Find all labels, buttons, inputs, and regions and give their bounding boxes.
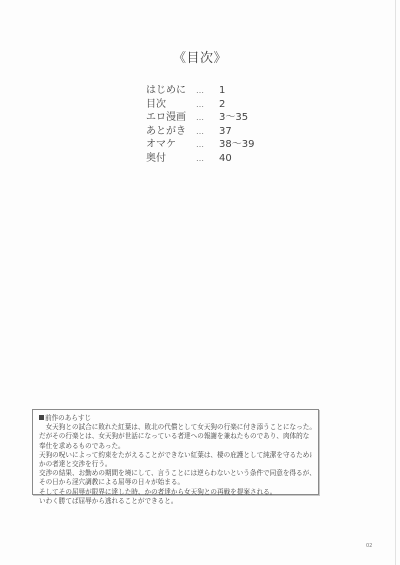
- toc-entry-page: 2: [219, 98, 225, 112]
- toc-entry: あとがき … 37: [146, 125, 254, 139]
- toc-entry-page: 1: [219, 84, 225, 98]
- toc-entry-label: 奥付: [146, 152, 196, 166]
- synopsis-box: 前作のあらすじ 女天狗との試合に敗れた紅葉は、敗北の代償として女天狗の行楽に付き…: [32, 409, 319, 495]
- toc-entry-leader: …: [196, 125, 219, 139]
- toc-entry-leader: …: [196, 138, 219, 152]
- page-number: 02: [366, 543, 372, 549]
- synopsis-line: いわく勝てば屈辱から逃れることができると。: [39, 497, 312, 506]
- toc-entry-leader: …: [196, 111, 219, 125]
- synopsis-line: そしてその屈辱が限界に達した時、かの者達から女天狗との再戦を提案される。: [39, 488, 312, 497]
- toc-entry-label: オマケ: [146, 138, 196, 152]
- toc-title: 《目次》: [0, 47, 400, 66]
- synopsis-line: 天狗の呪いによって約束をたがえることができない紅葉は、棲の庇護として純潔を守るた…: [39, 451, 312, 460]
- toc-entry: 奥付 … 40: [146, 152, 254, 166]
- toc-entry-leader: …: [196, 98, 219, 112]
- toc-entry: オマケ … 38〜39: [146, 138, 254, 152]
- toc-entry-page: 3〜35: [219, 111, 248, 125]
- toc-entry-page: 37: [219, 125, 232, 139]
- toc-entry-label: あとがき: [146, 125, 196, 139]
- synopsis-heading-text: 前作のあらすじ: [45, 414, 91, 422]
- synopsis-line: 女天狗との試合に敗れた紅葉は、敗北の代償として女天狗の行楽に付き添うことになった…: [39, 423, 312, 432]
- toc-entry: はじめに … 1: [146, 84, 254, 98]
- synopsis-line: かの者達と交渉を行う。: [39, 460, 312, 469]
- page-edge-line: [395, 0, 396, 565]
- toc-entry-leader: …: [196, 84, 219, 98]
- toc-entry-page: 38〜39: [219, 138, 254, 152]
- square-bullet-icon: [39, 415, 44, 420]
- toc-entry-page: 40: [219, 152, 232, 166]
- synopsis-line: だがその行楽とは、女天狗が世話になっている者達への報謝を兼ねたものであり、肉体的…: [39, 432, 312, 441]
- toc-entry-label: エロ漫画: [146, 111, 196, 125]
- table-of-contents: はじめに … 1 目次 … 2 エロ漫画 … 3〜35 あとがき … 37 オマ…: [146, 84, 254, 165]
- synopsis-heading: 前作のあらすじ: [39, 414, 312, 423]
- synopsis-line: 奉仕を求めるものであった。: [39, 442, 312, 451]
- toc-entry: エロ漫画 … 3〜35: [146, 111, 254, 125]
- toc-entry-label: はじめに: [146, 84, 196, 98]
- toc-entry-label: 目次: [146, 98, 196, 112]
- synopsis-line: その日から淫穴調教による屈辱の日々が始まる。: [39, 478, 312, 487]
- synopsis-line: 交渉の結果、お勤めの期間を境にして、言うことには逆らわないという条件で同意を得る…: [39, 469, 312, 478]
- toc-entry-leader: …: [196, 152, 219, 166]
- toc-entry: 目次 … 2: [146, 98, 254, 112]
